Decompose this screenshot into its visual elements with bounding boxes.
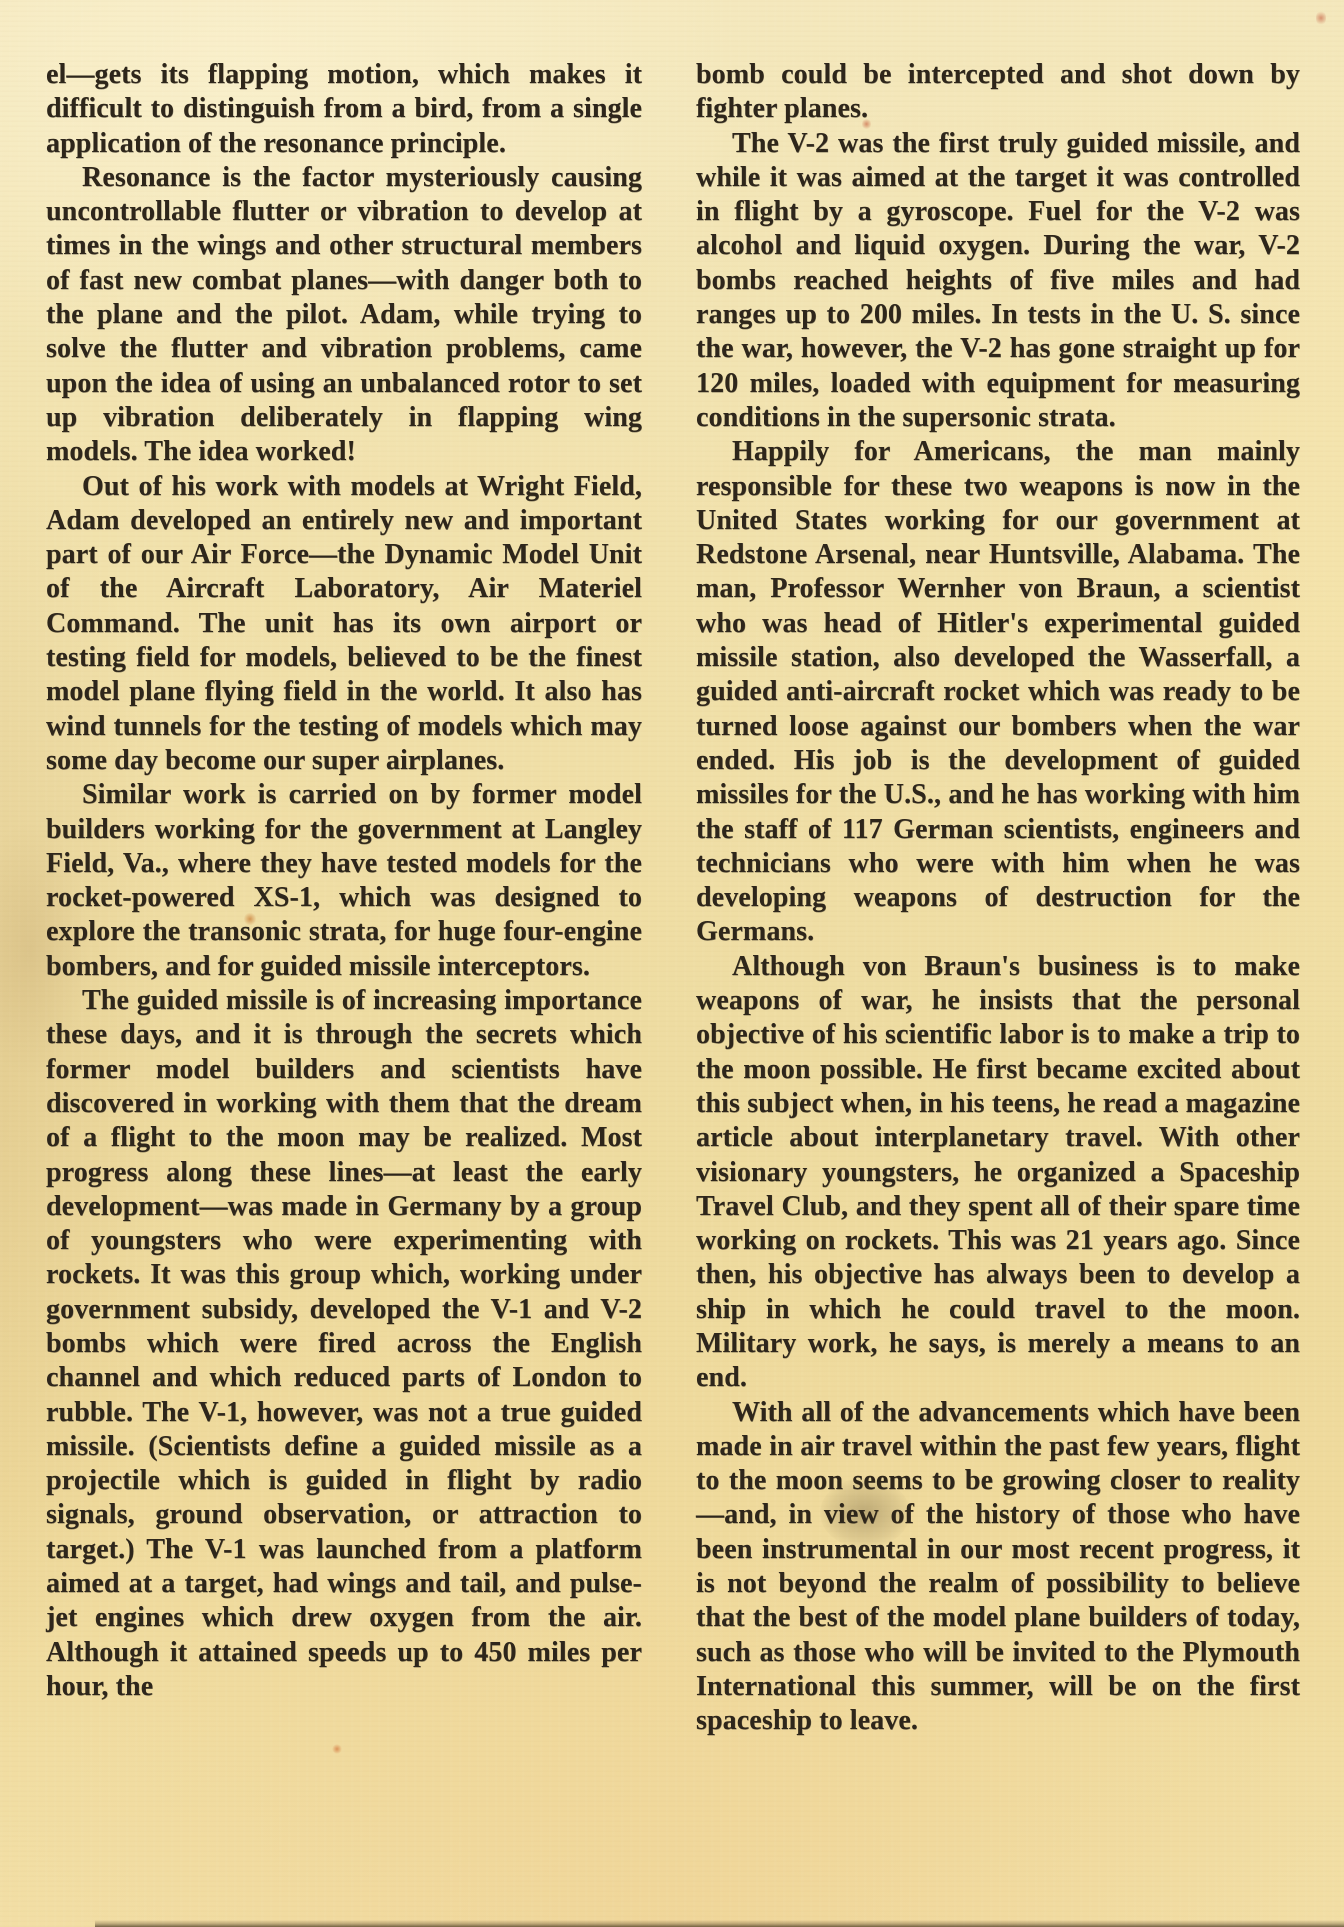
paragraph: Resonance is the factor mysteriously cau…	[46, 161, 642, 470]
paragraph: The guided missile is of increasing impo…	[46, 984, 642, 1704]
right-text-column: bomb could be intercepted and shot down …	[696, 58, 1300, 1739]
paragraph: Although von Braun's business is to make…	[696, 950, 1300, 1396]
paragraph: Happily for Americans, the man mainly re…	[696, 435, 1300, 949]
paragraph: With all of the advancements which have …	[696, 1396, 1300, 1739]
paper-speck	[1316, 10, 1326, 26]
scanned-text-page: el—gets its flapping motion, which makes…	[0, 0, 1344, 1927]
paragraph: Out of his work with models at Wright Fi…	[46, 470, 642, 779]
paper-speck	[332, 1744, 342, 1754]
paragraph: el—gets its flapping motion, which makes…	[46, 58, 642, 161]
paragraph: Similar work is carried on by former mod…	[46, 778, 642, 984]
paragraph: The V-2 was the first truly guided missi…	[696, 127, 1300, 436]
scan-edge-shadow	[95, 1920, 1344, 1927]
paragraph: bomb could be intercepted and shot down …	[696, 58, 1300, 127]
left-text-column: el—gets its flapping motion, which makes…	[46, 58, 642, 1704]
